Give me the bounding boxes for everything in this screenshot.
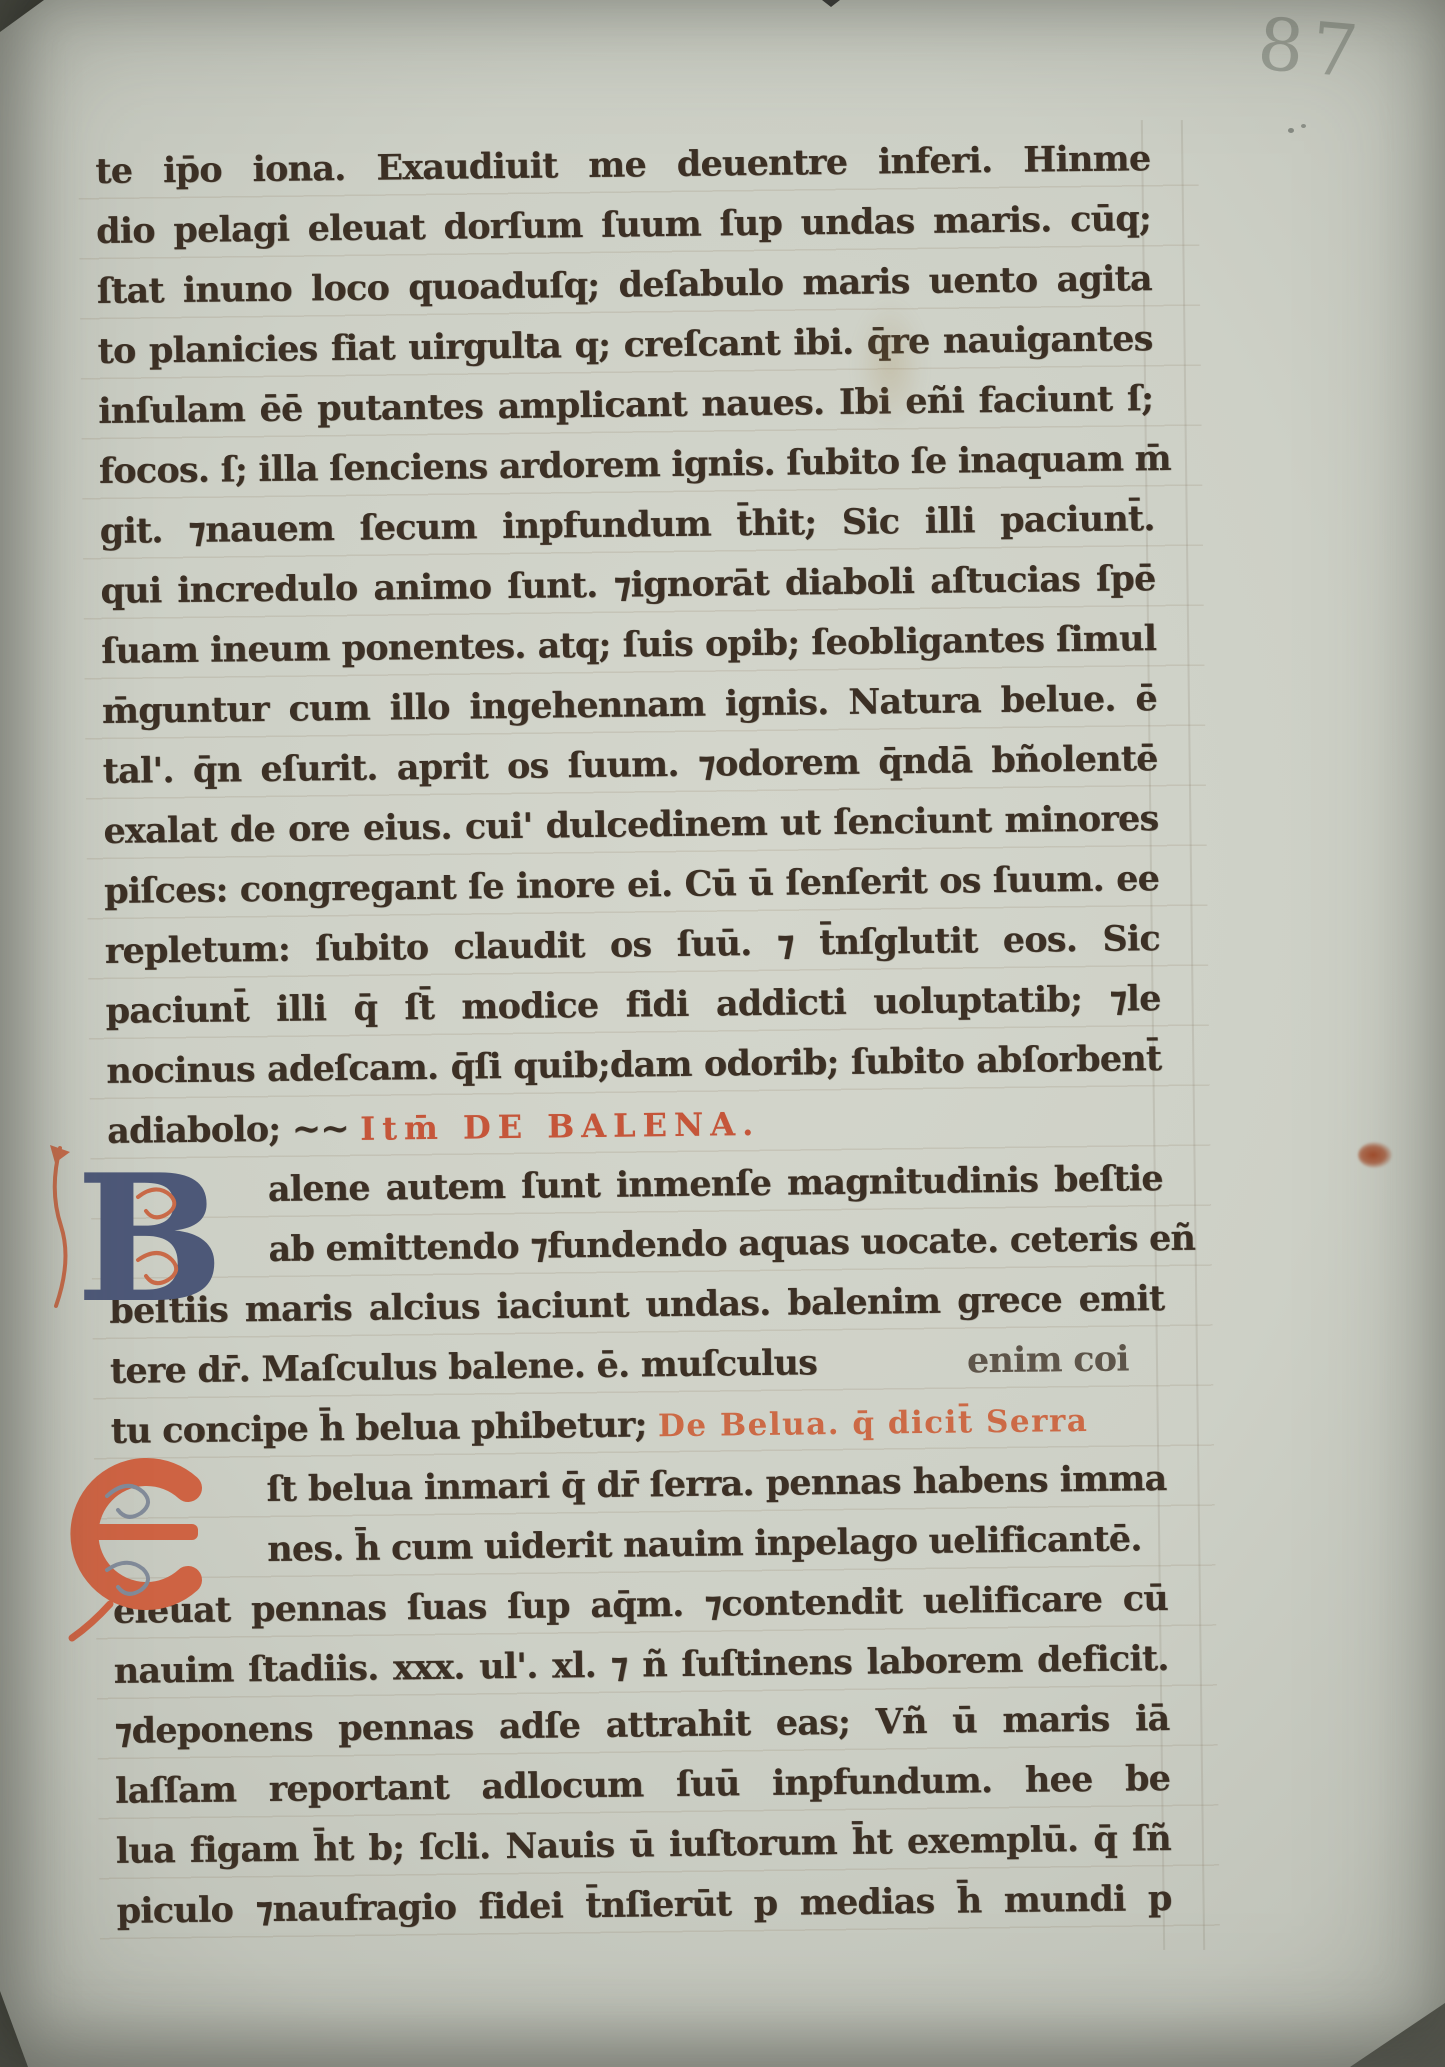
initial-b-letter: B [76,1142,224,1312]
illuminated-initial-e: E [52,1438,227,1652]
text-segment: nauim ſtadiis. xxx. ul'. xl. ⁊ ñ ſuſtine… [113,1638,1168,1692]
filigree-flourish [55,1148,66,1306]
filigree-ornament [107,1486,148,1517]
page-corner-shadow-top-left [0,0,44,32]
page-corner-shadow-bottom-right [1350,2003,1445,2067]
text-segment: qui incredulo animo ſunt. ⁊ignorāt diabo… [100,558,1155,612]
text-block: te ip̄o iona. Exaudiuit me deuentre infe… [95,129,1177,1942]
text-segment: m̄guntur cum illo ingehennam ignis. Natu… [102,678,1157,732]
rust-stain [1358,1142,1392,1168]
text-segment: piſces: congregant ſe inore ei. Cū ū ſen… [104,858,1159,912]
text-segment: piculo ⁊naufragio fidei t̄nſierūt p medi… [116,1878,1171,1932]
text-line-18: alene autem ſunt inmenſe magnitudinis be… [267,1149,1163,1220]
rubric-text: Itm̄ DE BALENA. [360,1105,760,1148]
rubric-text: De Belua. q̄ dicit̄ Serra [658,1403,1089,1444]
text-segment: paciunt̄ illi q̄ ſt̄ modice fidi addicti… [105,978,1160,1032]
manuscript-page: 87 te ip̄o iona. Exaudiuit me deuentre i… [0,0,1445,2067]
page-edge-notch [822,0,840,7]
text-line-23: ſt belua inmari q̄ dr̄ ſerra. pennas hab… [266,1449,1167,1520]
text-segment: te ip̄o iona. Exaudiuit me deuentre infe… [95,138,1150,192]
initial-e-tail [72,1604,110,1638]
text-segment: focos. ſ; illa ſenciens ardorem ignis. ſ… [99,438,1171,492]
text-segment: ſtat inuno loco quoaduſq; deſabulo maris… [97,258,1152,312]
ink-speck [1301,124,1306,128]
text-segment: nocinus adeſcam. q̄ſi quib;dam odorib; ſ… [106,1038,1161,1092]
text-segment: enim coi [967,1338,1129,1381]
text-segment: repletum: ſubito claudit os ſuū. ⁊ t̄nſg… [105,918,1160,972]
text-segment: tal'. q̄n eſurit. aprit os ſuum. ⁊odorem… [102,738,1157,792]
text-segment: exalat de ore eius. cui' dulcedinem ut ſ… [103,798,1158,852]
initial-e-bar [80,1524,198,1540]
line-gap [817,1372,967,1374]
page-corner-shadow-bottom-left [0,1991,28,2067]
text-segment: eleuat pennas ſuas ſup aq̄m. ⁊contendit … [113,1578,1168,1632]
initial-e-graphic [52,1438,227,1648]
text-segment: dio pelagi eleuat dorſum ſuum ſup undas … [96,198,1151,252]
text-segment: lua figam h̄t b; ſcli. Nauis ū iuſtorum … [116,1818,1171,1872]
illuminated-initial-b: B [38,1142,238,1316]
text-segment: ſuam ineum ponentes. atq; ſuis opib; ſeo… [101,618,1156,672]
folio-number: 87 [1255,1,1370,94]
text-segment: beſtiis maris alcius iaciunt undas. bale… [109,1278,1164,1332]
text-segment: alene autem ſunt inmenſe magnitudinis be… [268,1158,1163,1210]
text-segment: laſſam reportant adlocum ſuū inpfundum. … [115,1758,1170,1812]
text-segment: tere dr̄. Maſculus balene. ē. muſculus [110,1342,818,1392]
text-segment: ſt belua inmari q̄ dr̄ ſerra. pennas hab… [266,1458,1166,1510]
text-segment: nes. h̄ cum uiderit nauim inpelago uelif… [267,1518,1142,1570]
text-segment: git. ⁊nauem ſecum inpfundum t̄hit; Sic i… [100,498,1155,552]
text-line-19: ab emittendo ⁊fundendo aquas uocate. cet… [268,1209,1164,1280]
text-segment: ⁊deponens pennas adſe attrahit eas; Vñ ū… [114,1698,1169,1752]
text-segment: ab emittendo ⁊fundendo aquas uocate. cet… [268,1218,1195,1270]
text-segment: to planicies fiat uirgulta q; creſcant i… [97,318,1152,372]
text-line-24: nes. h̄ cum uiderit nauim inpelago uelif… [267,1509,1168,1580]
initial-b-graphic: B [38,1142,238,1312]
text-segment: inſulam ēē putantes amplicant naues. Ibi… [98,378,1153,432]
ink-speck [1288,128,1294,133]
